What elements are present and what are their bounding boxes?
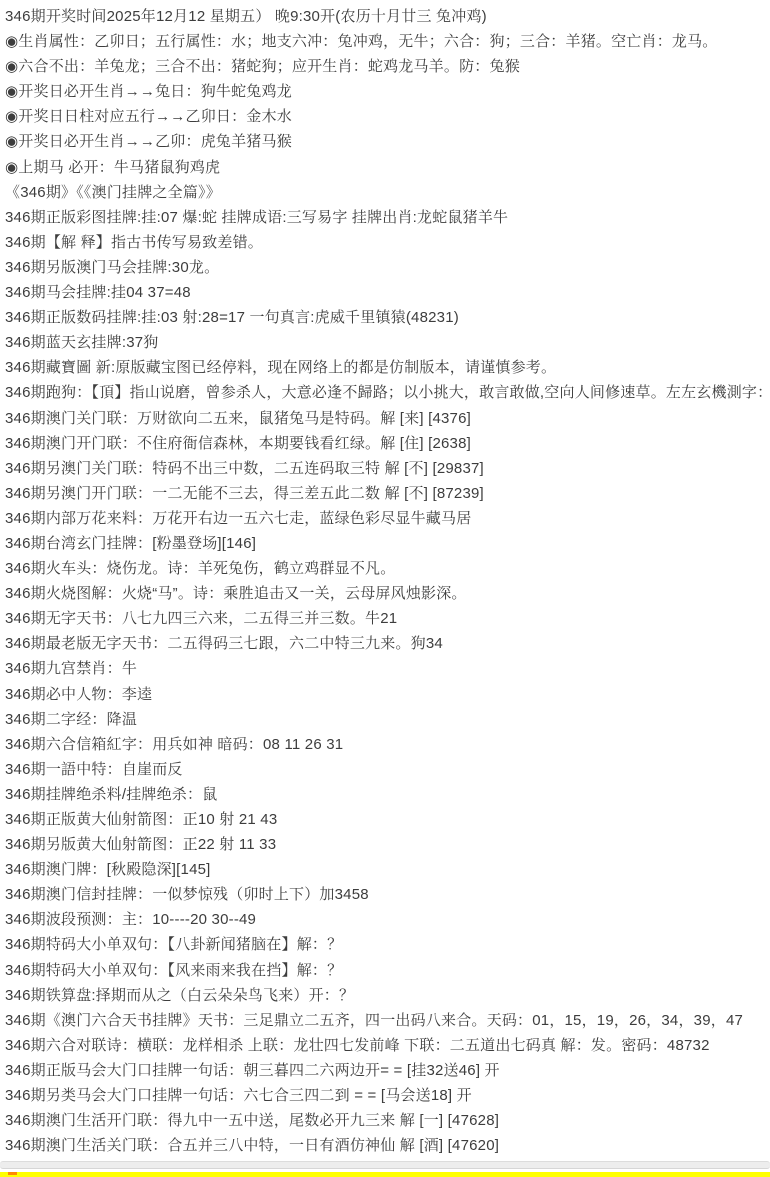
- text-line: 346期无字天书：八七九四三六来，二五得三并三数。牛21: [5, 606, 770, 631]
- text-line: 346期澳门生活开门联：得九中一五中送，尾数必开九三来 解 [一] [47628…: [5, 1108, 770, 1133]
- text-line: 346期蓝天玄挂牌:37狗: [5, 330, 770, 355]
- text-line: 346期另版澳门马会挂牌:30龙。: [5, 255, 770, 280]
- text-line: 346期马会挂牌:挂04 37=48: [5, 280, 770, 305]
- text-line: 346期九宫禁肖：牛: [5, 656, 770, 681]
- text-line: 346期另澳门开门联：一二无能不三去，得三差五此二数 解 [不] [87239]: [5, 481, 770, 506]
- text-line: ◉六合不出：羊兔龙；三合不出：猪蛇狗；应开生肖：蛇鸡龙马羊。防：兔猴: [5, 54, 770, 79]
- text-line: 346期特码大小单双句：【八卦新闻猪脑在】解：？: [5, 932, 770, 957]
- text-line: 346期澳门牌：[秋殿隐深][145]: [5, 857, 770, 882]
- text-line: 346期挂牌绝杀料/挂牌绝杀：鼠: [5, 782, 770, 807]
- text-line: 346期澳门关门联：万财欲向二五来，鼠猪兔马是特码。解 [来] [4376]: [5, 406, 770, 431]
- text-line: 346期【解 释】指古书传写易致差错。: [5, 230, 770, 255]
- text-line: 346期特码大小单双句：【风来雨来我在挡】解：？: [5, 958, 770, 983]
- text-line: 346期正版彩图挂牌:挂:07 爆:蛇 挂牌成语:三写易字 挂牌出肖:龙蛇鼠猪羊…: [5, 205, 770, 230]
- text-line: 346期台湾玄门挂牌：[粉墨登场][146]: [5, 531, 770, 556]
- text-line: 346期澳门生活关门联：合五并三八中特，一日有酒仿神仙 解 [酒] [47620…: [5, 1133, 770, 1158]
- text-line: 346期必中人物：李逵: [5, 682, 770, 707]
- text-line: 346期另版黄大仙射箭图：正22 射 11 33: [5, 832, 770, 857]
- lottery-info-list: 346期开奖时间2025年12月12 星期五） 晚9:30开(农历十月廿三 兔冲…: [0, 0, 770, 1158]
- text-line: 346期六合对联诗：横联：龙样相杀 上联：龙壮四七发前峰 下联：二五道出七码真 …: [5, 1033, 770, 1058]
- text-line: 346期《澳门六合天书挂牌》天书：三足鼎立二五齐，四一出码八来合。天码：01，1…: [5, 1008, 770, 1033]
- text-line: 346期正版马会大门口挂牌一句话：朝三暮四二六两边开= = [挂32送46] 开: [5, 1058, 770, 1083]
- text-line: 346期六合信箱紅字：用兵如神 暗码：08 11 26 31: [5, 732, 770, 757]
- text-line: ◉开奖日必开生肖→→乙卯：虎兔羊猪马猴: [5, 129, 770, 154]
- text-line: 346期铁算盘:择期而从之（白云朵朵鸟飞来）开：？: [5, 983, 770, 1008]
- highlight-bar: [0, 1172, 770, 1177]
- text-line: 346期波段预测：主：10----20 30--49: [5, 907, 770, 932]
- text-line: 346期最老版无字天书：二五得码三七跟，六二中特三九来。狗34: [5, 631, 770, 656]
- text-line: 346期正版数码挂牌:挂:03 射:28=17 一句真言:虎威千里镇猿(4823…: [5, 305, 770, 330]
- text-line: 346期澳门信封挂牌：一似梦惊残（卯时上下）加3458: [5, 882, 770, 907]
- text-line: ◉开奖日必开生肖→→兔日：狗牛蛇兔鸡龙: [5, 79, 770, 104]
- text-line: 346期火烧图解：火烧“马”。诗：乘胜追击又一关，云母屏风烛影深。: [5, 581, 770, 606]
- text-line: 346期正版黄大仙射箭图：正10 射 21 43: [5, 807, 770, 832]
- text-line: 346期另类马会大门口挂牌一句话：六七合三四二到 = = [马会送18] 开: [5, 1083, 770, 1108]
- text-line: ◉生肖属性：乙卯日；五行属性：水；地支六冲：兔冲鸡，无牛；六合：狗；三合：羊猪。…: [5, 29, 770, 54]
- text-line: 346期内部万花来料：万花开右边一五六七走，蓝绿色彩尽显牛藏马居: [5, 506, 770, 531]
- text-line: 346期二字经：降温: [5, 707, 770, 732]
- text-line: 346期火车头：烧伤龙。诗：羊死兔伤，鹤立鸡群显不凡。: [5, 556, 770, 581]
- text-line: 346期开奖时间2025年12月12 星期五） 晚9:30开(农历十月廿三 兔冲…: [5, 4, 770, 29]
- text-line: ◉开奖日日柱对应五行→→乙卯日：金木水: [5, 104, 770, 129]
- text-line: 346期另澳门关门联：特码不出三中数，二五连码取三特 解 [不] [29837]: [5, 456, 770, 481]
- text-line: 346期澳门开门联：不住府衙信森林，本期要钱看红绿。解 [住] [2638]: [5, 431, 770, 456]
- text-line: 346期藏寶圖 新:原版藏宝图已经停料，现在网络上的都是仿制版本，请谨慎参考。: [5, 355, 770, 380]
- text-line: 346期跑狗：【頂】指山说磨，曾参杀人，大意必逢不歸路；以小挑大，敢言敢做,空向…: [5, 380, 770, 405]
- text-line: ◉上期马 必开：牛马猪鼠狗鸡虎: [5, 155, 770, 180]
- highlight-mark: [8, 1172, 17, 1175]
- content-lines: 346期开奖时间2025年12月12 星期五） 晚9:30开(农历十月廿三 兔冲…: [5, 4, 770, 1158]
- section-divider: [0, 1161, 770, 1169]
- text-line: 346期一語中特：自崖而反: [5, 757, 770, 782]
- text-line: 《346期》《《澳门挂牌之全篇》》: [5, 180, 770, 205]
